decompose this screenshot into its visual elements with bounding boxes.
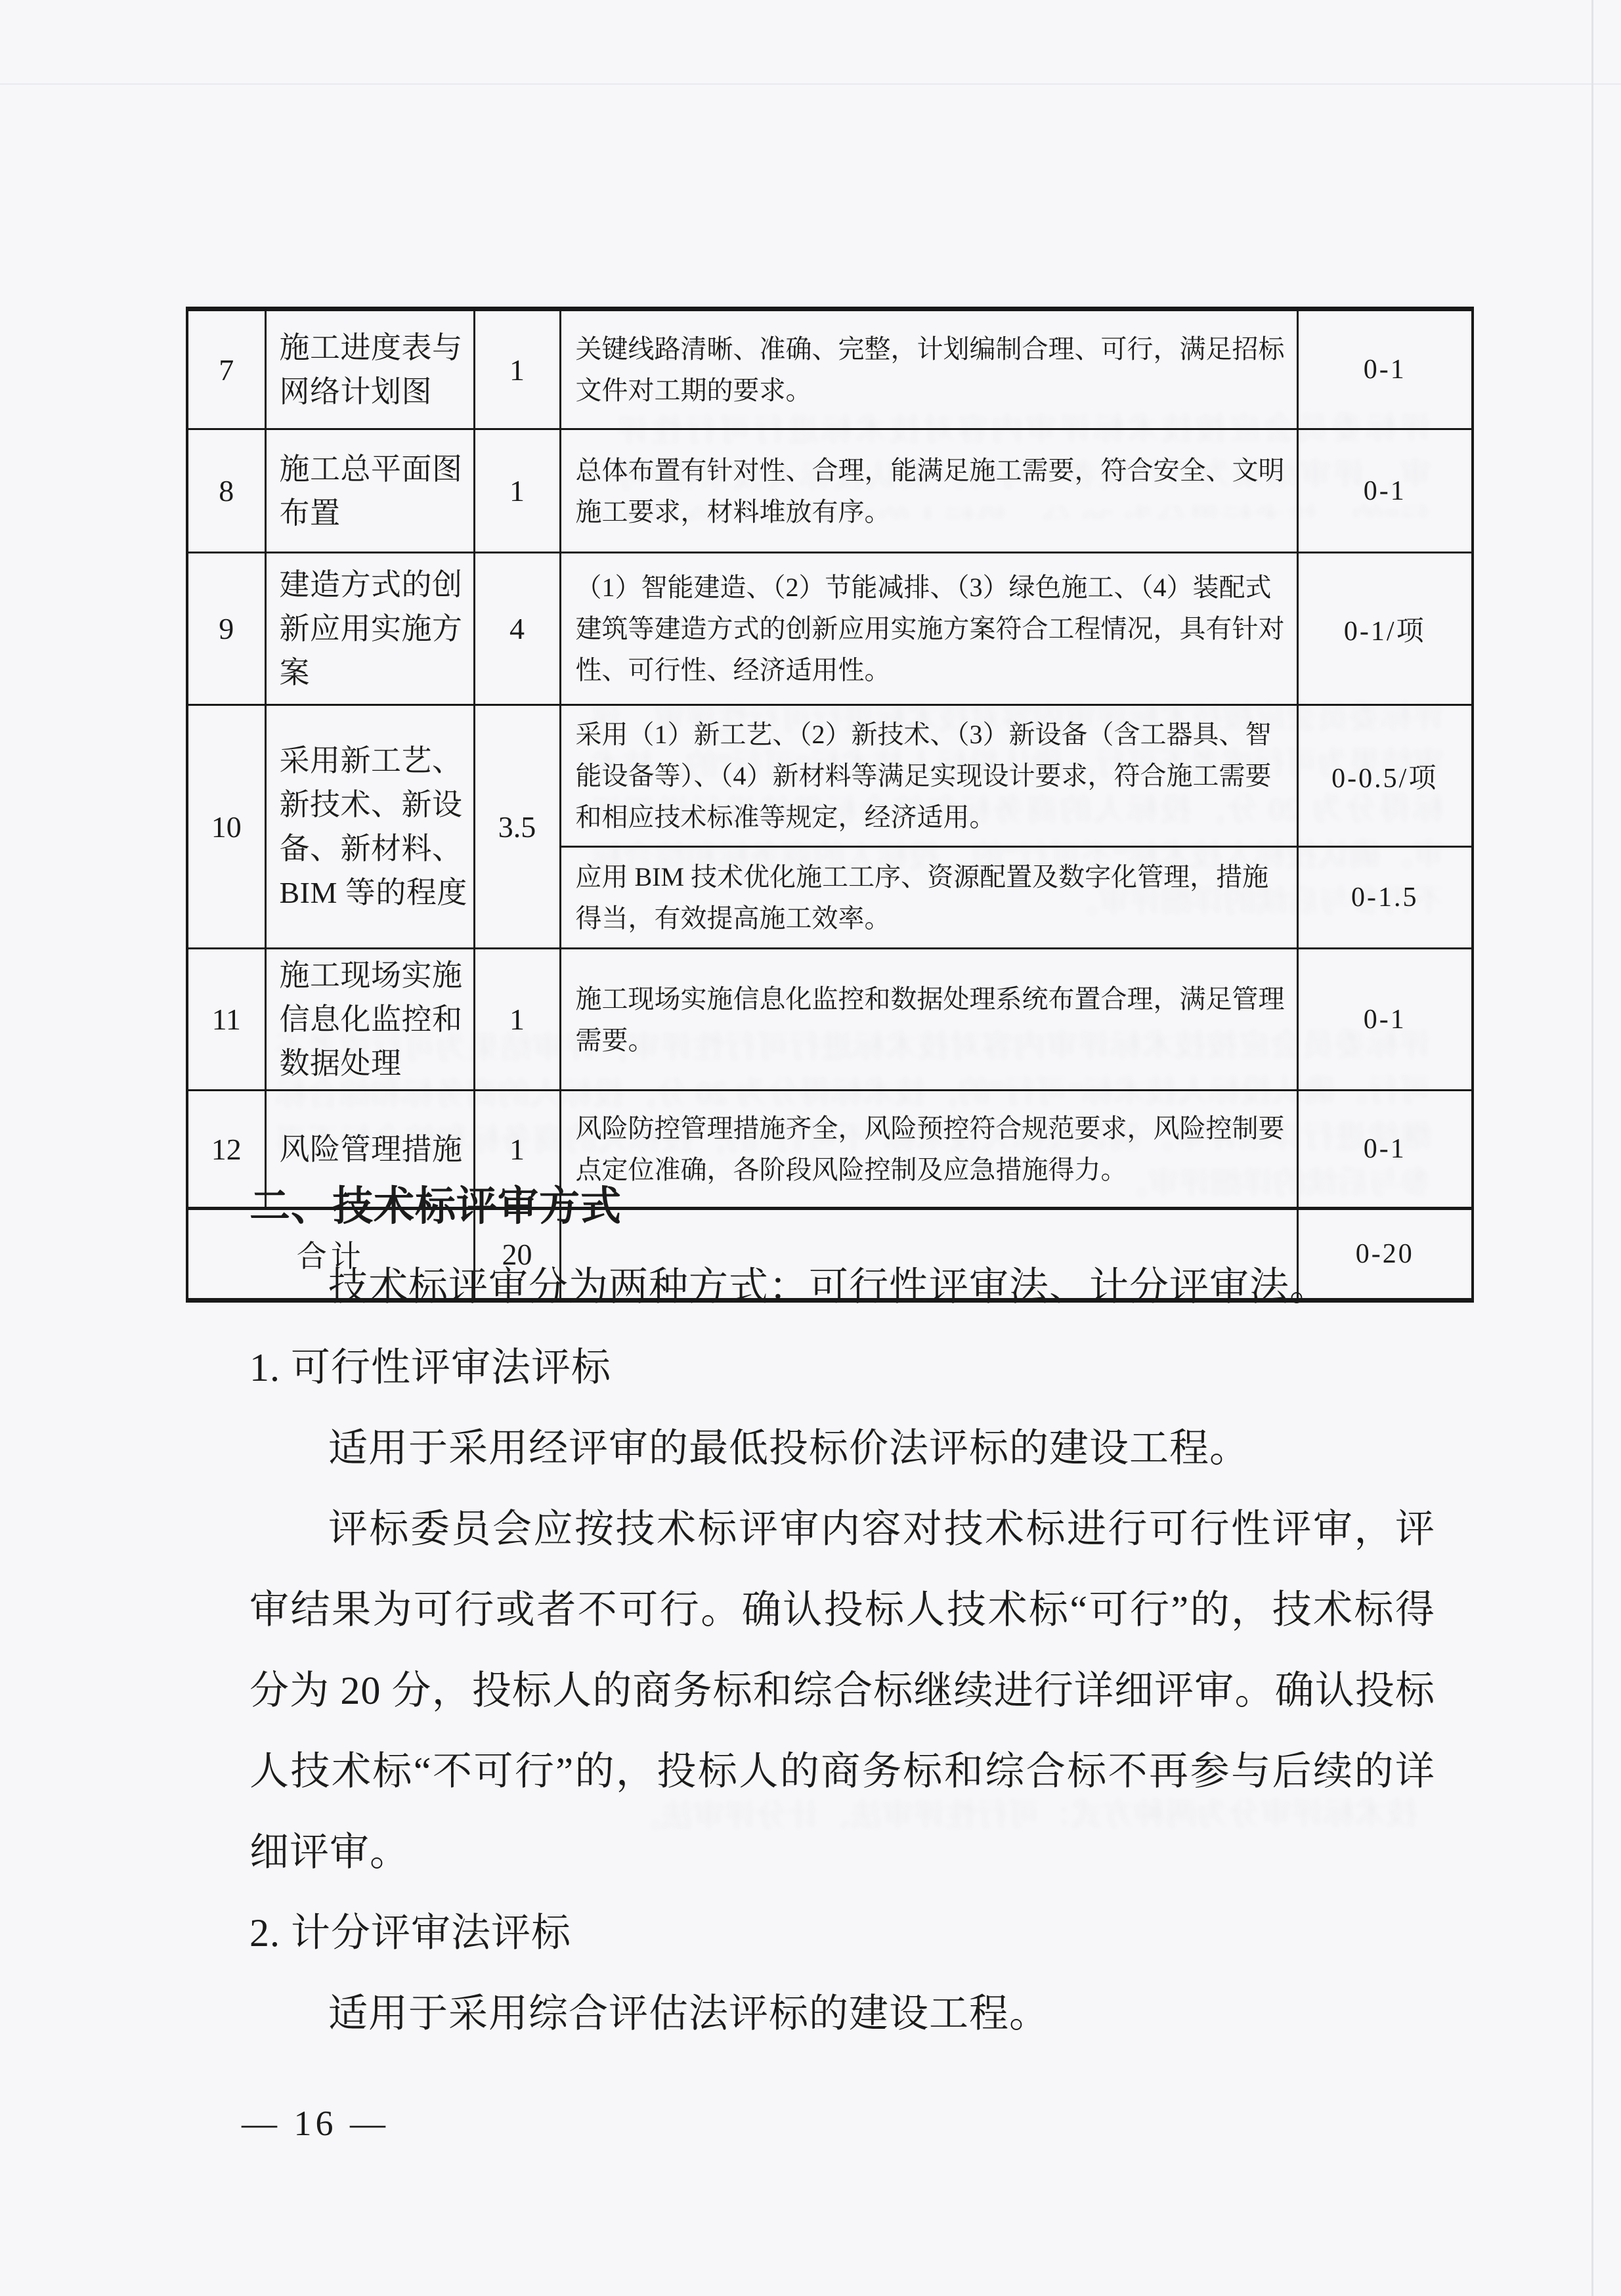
row-number: 9 xyxy=(187,553,265,705)
row-item-name: 施工总平面图布置 xyxy=(265,429,474,553)
row-score-range: 0-1 xyxy=(1297,949,1473,1091)
row-description: 关键线路清晰、准确、完整，计划编制合理、可行，满足招标文件对工期的要求。 xyxy=(560,309,1297,429)
table-row: 9 建造方式的创新应用实施方案 4 （1）智能建造、（2）节能减排、（3）绿色施… xyxy=(187,553,1473,705)
row-score-range: 0-1/项 xyxy=(1297,553,1473,705)
row-score-range: 0-0.5/项 xyxy=(1297,705,1473,847)
row-description: 采用（1）新工艺、（2）新技术、（3）新设备（含工器具、智能设备等）、（4）新材… xyxy=(560,705,1297,847)
row-number: 10 xyxy=(187,705,265,949)
scan-artifact-page-edge-line xyxy=(1591,0,1593,2296)
row-score: 1 xyxy=(474,429,560,553)
section-heading: 二、技术标评审方式 xyxy=(249,1166,1435,1247)
row-number: 11 xyxy=(187,949,265,1091)
row-score: 3.5 xyxy=(474,705,560,949)
page-number: — 16 — xyxy=(242,2103,389,2144)
row-description: 应用 BIM 技术优化施工工序、资源配置及数字化管理，措施得当，有效提高施工效率… xyxy=(560,847,1297,949)
table-row: 11 施工现场实施信息化监控和数据处理 1 施工现场实施信息化监控和数据处理系统… xyxy=(187,949,1473,1091)
row-item-name: 施工进度表与网络计划图 xyxy=(265,309,474,429)
row-score: 1 xyxy=(474,949,560,1091)
row-item-name: 施工现场实施信息化监控和数据处理 xyxy=(265,949,474,1091)
body-text: 二、技术标评审方式 技术标评审分为两种方式：可行性评审法、计分评审法。 1. 可… xyxy=(249,1166,1435,2054)
technical-bid-scoring-table: 7 施工进度表与网络计划图 1 关键线路清晰、准确、完整，计划编制合理、可行，满… xyxy=(186,307,1474,1303)
table-row: 10 采用新工艺、新技术、新设备、新材料、BIM 等的程度 3.5 采用（1）新… xyxy=(187,705,1473,847)
row-score: 4 xyxy=(474,553,560,705)
scan-artifact-horizontal-line xyxy=(0,83,1621,85)
row-item-name: 建造方式的创新应用实施方案 xyxy=(265,553,474,705)
row-description: （1）智能建造、（2）节能减排、（3）绿色施工、（4）装配式建筑等建造方式的创新… xyxy=(560,553,1297,705)
row-number: 8 xyxy=(187,429,265,553)
table-row: 7 施工进度表与网络计划图 1 关键线路清晰、准确、完整，计划编制合理、可行，满… xyxy=(187,309,1473,429)
row-description: 施工现场实施信息化监控和数据处理系统布置合理，满足管理需要。 xyxy=(560,949,1297,1091)
row-item-name: 采用新工艺、新技术、新设备、新材料、BIM 等的程度 xyxy=(265,705,474,949)
row-score-range: 0-1 xyxy=(1297,429,1473,553)
row-score-range: 0-1.5 xyxy=(1297,847,1473,949)
paragraph: 适用于采用经评审的最低投标价法评标的建设工程。 xyxy=(249,1408,1435,1489)
scanned-document-page: { "page": { "page_number": "— 16 —" }, "… xyxy=(0,0,1621,2296)
item2-title: 2. 计分评审法评标 xyxy=(249,1893,1435,1974)
row-number: 7 xyxy=(187,309,265,429)
row-score: 1 xyxy=(474,309,560,429)
item1-title: 1. 可行性评审法评标 xyxy=(249,1328,1435,1408)
paragraph: 技术标评审分为两种方式：可行性评审法、计分评审法。 xyxy=(249,1247,1435,1328)
table-row: 8 施工总平面图布置 1 总体布置有针对性、合理，能满足施工需要，符合安全、文明… xyxy=(187,429,1473,553)
paragraph: 评标委员会应按技术标评审内容对技术标进行可行性评审，评审结果为可行或者不可行。确… xyxy=(249,1489,1435,1893)
row-description: 总体布置有针对性、合理，能满足施工需要，符合安全、文明施工要求，材料堆放有序。 xyxy=(560,429,1297,553)
row-score-range: 0-1 xyxy=(1297,309,1473,429)
paragraph: 适用于采用综合评估法评标的建设工程。 xyxy=(249,1974,1435,2054)
